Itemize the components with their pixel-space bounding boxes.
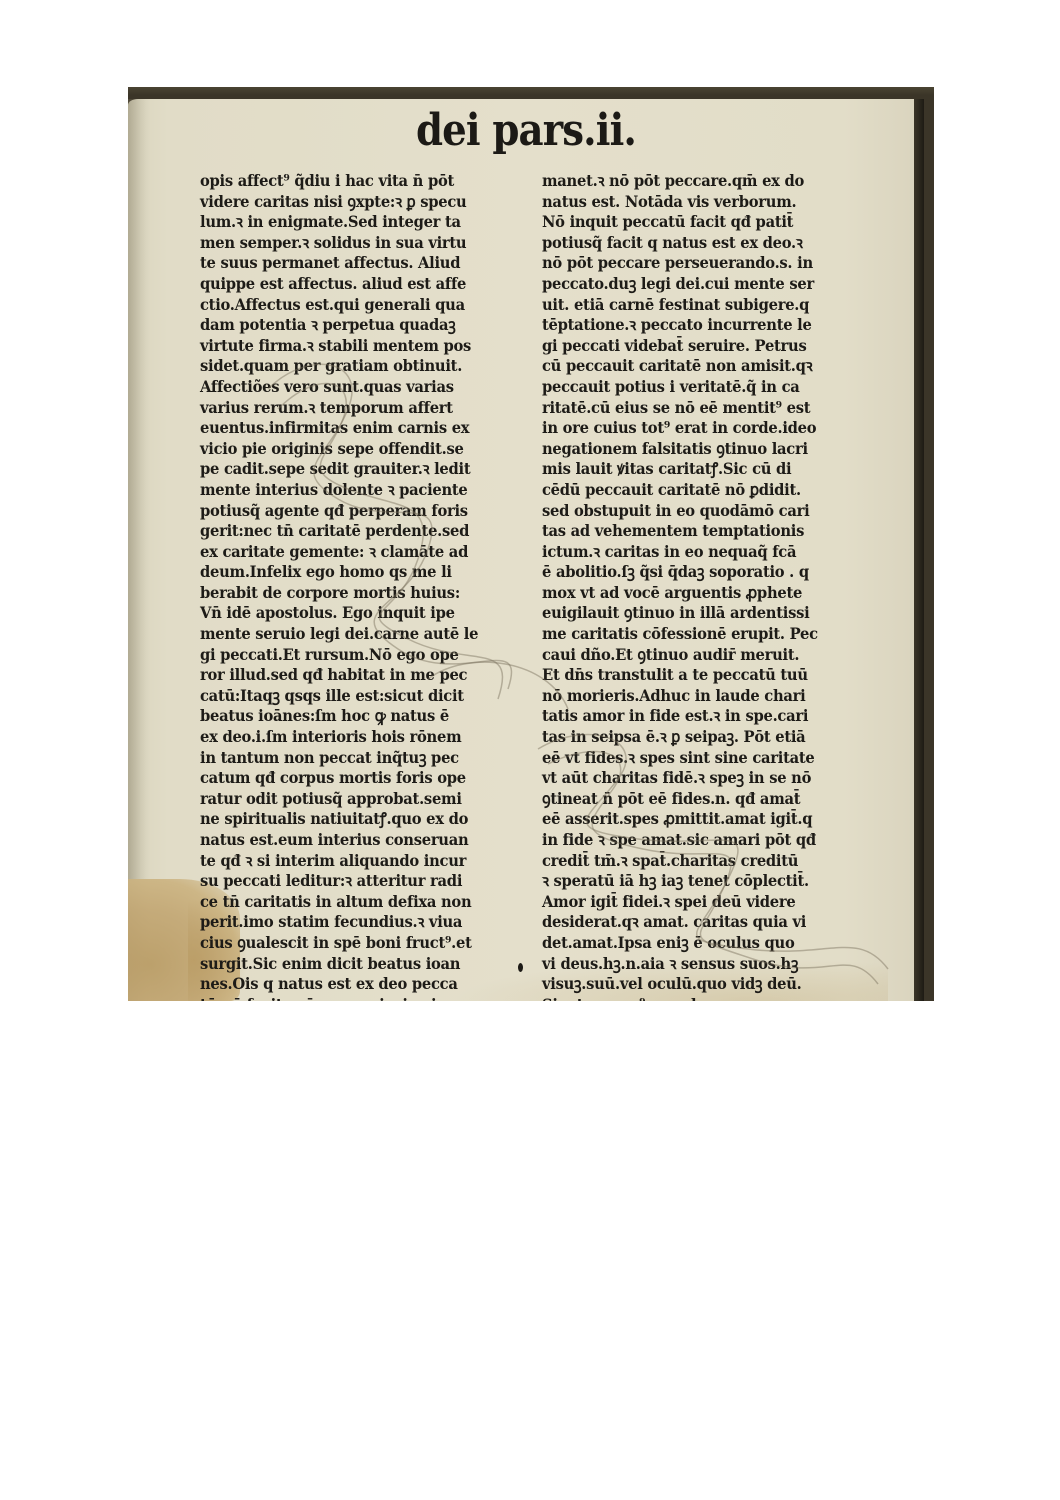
text-line: surgit.Sic enim dicit beatus ioan: [200, 954, 504, 975]
text-line: mox vt ad vocē arguentis ꝓphete: [542, 583, 846, 604]
text-line: me caritatis cōfessionē erupit. Pec: [542, 624, 846, 645]
text-line: in fide ꝛ spe amat.sic amari pōt qđ: [542, 830, 846, 851]
text-line: ne spiritualis natiuitatꝭ.quo ex do: [200, 809, 504, 830]
text-line: videre caritas nisi ꝯxpte:ꝛ ꝑ specu: [200, 192, 504, 213]
text-line: in ore cuius tot⁹ erat in corde.ideo: [542, 418, 846, 439]
text-line: sed obstupuit in eo quodāmō cari: [542, 501, 846, 522]
text-line: Vn̄ idē apostolus. Ego inquit ipe: [200, 603, 504, 624]
text-column-left: opis affect⁹ q̃diu i hac vita n̄ pōtvide…: [200, 171, 530, 1001]
text-line: ce tn̄ caritatis in altum defixa non: [200, 892, 504, 913]
text-line: catū:Itaqꝫ qsqs ille est:sicut dicit: [200, 686, 504, 707]
text-line: negationem falsitatis ꝯtinuo lacri: [542, 439, 846, 460]
text-line: men semper.ꝛ solidus in sua virtu: [200, 233, 504, 254]
text-line: manet.ꝛ nō pōt peccare.qm̄ ex do: [542, 171, 846, 192]
text-line: in tantum non peccat inq̃tuꝫ pec: [200, 748, 504, 769]
text-line: cius ꝯualescit in spē boni fruct⁹.et: [200, 933, 504, 954]
text-line: eē asserit.spes ꝓmittit.amat igit̄.q: [542, 809, 846, 830]
text-line: ratur odit potiusq̃ approbat.semi: [200, 789, 504, 810]
text-line: mente interius dolente ꝛ paciente: [200, 480, 504, 501]
text-line: gi peccati videbat̄ seruire. Petrus: [542, 336, 846, 357]
text-line: su peccati leditur:ꝛ atteritur radi: [200, 871, 504, 892]
text-line: det.amat.Ipsa eniꝫ ē oculus quo: [542, 933, 846, 954]
text-line: cū peccauit caritatē non amisit.qꝛ: [542, 356, 846, 377]
text-line: varius rerum.ꝛ temporum affert: [200, 398, 504, 419]
text-line: ꝛ speratū iā hꝫ iaꝫ tenet cōplectit̄.: [542, 871, 846, 892]
text-line: ex caritate gemente: ꝛ clamāte ad: [200, 542, 504, 563]
text-line: ictum.ꝛ caritas in eo nequaq̃ fcā: [542, 542, 846, 563]
text-line: deum.Infelix ego homo qs me li: [200, 562, 504, 583]
text-line: beatus ioānes:ſm hoc ꝙ natus ē: [200, 706, 504, 727]
text-line: te suus permanet affectus. Aliud: [200, 253, 504, 274]
text-line: catum qđ corpus mortis foris ope: [200, 768, 504, 789]
text-line: desiderat.qꝛ amat. caritas quia vi: [542, 912, 846, 933]
text-line: pe cadit.sepe sedit grauiter.ꝛ ledit: [200, 459, 504, 480]
text-line: sidet.quam per gratiam obtinuit.: [200, 356, 504, 377]
text-line: quippe est affectus. aliud est affe: [200, 274, 504, 295]
text-line: lum.ꝛ in enigmate.Sed integer ta: [200, 212, 504, 233]
ink-dot: [518, 963, 523, 972]
text-line: caui dño.Et ꝯtinuo audir̄ meruit.: [542, 645, 846, 666]
text-line: vt aūt charitas fidē.ꝛ speꝫ in se nō: [542, 768, 846, 789]
text-line: ror illud.sed qđ habitat in me pec: [200, 665, 504, 686]
page-leaf: dei pars.ii. opis affect⁹ q̃diu i hac vi…: [128, 99, 924, 1001]
text-line: potiusq̃ agente qđ perperam foris: [200, 501, 504, 522]
text-line: eē vt fides.ꝛ spes sint sine caritate: [542, 748, 846, 769]
text-line: peccato.duꝫ legi dei.cui mente ser: [542, 274, 846, 295]
text-line: gi peccati.Et rursum.Nō ego ope: [200, 645, 504, 666]
text-line: opis affect⁹ q̃diu i hac vita n̄ pōt: [200, 171, 504, 192]
scanned-page-photo: dei pars.ii. opis affect⁹ q̃diu i hac vi…: [128, 87, 934, 1001]
text-line: natus est.eum interius conseruan: [200, 830, 504, 851]
text-line: gerit:nec tn̄ caritatē perdente.sed: [200, 521, 504, 542]
text-line: ritatē.cū eius se nō eē mentit⁹ est: [542, 398, 846, 419]
text-line: ex deo.i.ſm interioris hois rōnem: [200, 727, 504, 748]
text-line: nō pōt peccare perseuerando.s. in: [542, 253, 846, 274]
text-line: tū nō facit. qm̄ semen ipsius in eo: [200, 995, 504, 1001]
text-line: vi deus.hꝫ.n.aia ꝛ sensus suos.hꝫ: [542, 954, 846, 975]
text-line: mis lauit ꝟitas caritatꝭ.Sic cū di: [542, 459, 846, 480]
text-line: natus est. Notāda vis verborum.: [542, 192, 846, 213]
text-line: tas in seipsa ē.ꝛ ꝑ seipaꝫ. Pōt etiā: [542, 727, 846, 748]
text-line: tas ad vehementem temptationis: [542, 521, 846, 542]
text-line: mente seruio legi dei.carne autē le: [200, 624, 504, 645]
text-line: te qđ ꝛ si interim aliquando incur: [200, 851, 504, 872]
text-line: tatis amor in fide est.ꝛ in spe.cari: [542, 706, 846, 727]
text-line: Amor igit̄ fidei.ꝛ spei deū videre: [542, 892, 846, 913]
text-line: uit. etiā carnē festinat subigere.q: [542, 295, 846, 316]
text-line: berabit de corpore mortis huius:: [200, 583, 504, 604]
right-page-edge: [914, 99, 924, 1001]
text-line: nes.Ois q natus est ex deo pecca: [200, 974, 504, 995]
text-line: virtute firma.ꝛ stabili mentem pos: [200, 336, 504, 357]
text-line: ē abolitio.ſꝫ q̃si q̄daꝫ soporatio . q: [542, 562, 846, 583]
text-line: ꝯtineat n̄ pōt eē fides.n. qđ amat̄: [542, 789, 846, 810]
text-line: Affectiões vero sunt.quas varias: [200, 377, 504, 398]
gutter-shadow: [128, 99, 150, 1001]
text-line: cēdū peccauit caritatē nō ꝑdidit.: [542, 480, 846, 501]
text-line: euigilauit ꝯtinuo in illā ardentissi: [542, 603, 846, 624]
text-line: ctio.Affectus est.qui generali qua: [200, 295, 504, 316]
text-line: Sicut.n.corp⁹ suos hꝫ quqꝫ sensus: [542, 995, 846, 1001]
text-line: Et dn̄s transtulit a te peccatū tuū: [542, 665, 846, 686]
text-line: visuꝫ.suū.vel oculū.quo vidꝫ deū.: [542, 974, 846, 995]
text-column-right: manet.ꝛ nō pōt peccare.qm̄ ex donatus es…: [542, 171, 872, 1001]
text-line: nō morieris.Adhuc in laude chari: [542, 686, 846, 707]
text-line: dam potentia ꝛ perpetua quadaꝫ: [200, 315, 504, 336]
text-line: tēptatione.ꝛ peccato incurrente le: [542, 315, 846, 336]
text-line: Nō inquit peccatū facit qđ patit̄: [542, 212, 846, 233]
running-head: dei pars.ii.: [176, 105, 876, 156]
text-line: potiusq̃ facit q natus est ex deo.ꝛ: [542, 233, 846, 254]
top-page-edge-shadow: [128, 87, 934, 95]
text-line: vicio pie originis sepe offendit.se: [200, 439, 504, 460]
text-line: peccauit potius i veritatē.q̃ in ca: [542, 377, 846, 398]
text-line: euentus.infirmitas enim carnis ex: [200, 418, 504, 439]
text-line: credit̄ tm̄.ꝛ spat̄.charitas creditū: [542, 851, 846, 872]
text-line: perit.imo statim fecundius.ꝛ viua: [200, 912, 504, 933]
